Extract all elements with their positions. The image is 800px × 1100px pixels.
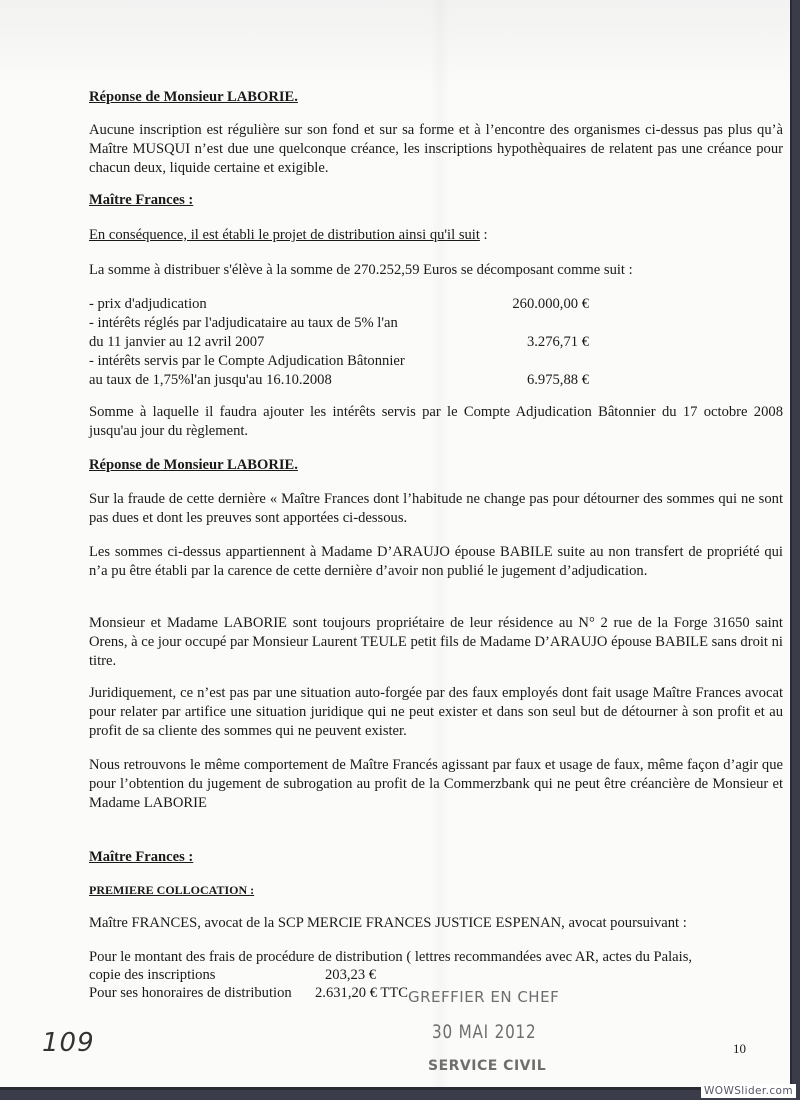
paragraph-fraud: Sur la fraude de cette dernière « Maître… bbox=[89, 490, 783, 528]
page-number: 10 bbox=[733, 1041, 746, 1057]
paragraph-juridically: Juridiquement, ce n’est pas par une situ… bbox=[89, 684, 783, 741]
section-heading-frances-1: Maître Frances : bbox=[89, 191, 193, 210]
distribution-subheading-colon: : bbox=[480, 227, 488, 243]
breakdown-row: - intérêts réglés par l'adjudicataire au… bbox=[89, 314, 589, 333]
breakdown-row: - intérêts servis par le Compte Adjudica… bbox=[89, 352, 589, 371]
section-heading-laborie-1: Réponse de Monsieur LABORIE. bbox=[89, 88, 298, 107]
paragraph-fees-intro: Pour le montant des frais de procédure d… bbox=[89, 948, 692, 967]
fee-row: Pour ses honoraires de distribution2.631… bbox=[89, 984, 292, 1003]
fee-row: copie des inscriptions203,23 € bbox=[89, 966, 215, 985]
breakdown-amount: 3.276,71 € bbox=[527, 333, 589, 352]
breakdown-label: - intérêts réglés par l'adjudicataire au… bbox=[89, 315, 398, 331]
section-heading-frances-2: Maître Frances : bbox=[89, 848, 193, 867]
fee-label: copie des inscriptions bbox=[89, 967, 215, 983]
scanned-page: Réponse de Monsieur LABORIE. Aucune insc… bbox=[0, 0, 792, 1090]
watermark-label: WOWSlider.com bbox=[701, 1084, 796, 1098]
paragraph-additional-interest: Somme à laquelle il faudra ajouter les i… bbox=[89, 403, 783, 441]
breakdown-label: du 11 janvier au 12 avril 2007 bbox=[89, 334, 264, 350]
fee-amount: 203,23 € bbox=[325, 966, 376, 985]
breakdown-row: au taux de 1,75%l'an jusqu'au 16.10.2008… bbox=[89, 371, 589, 390]
breakdown-label: - intérêts servis par le Compte Adjudica… bbox=[89, 353, 405, 369]
stamp-greffier: GREFFIER EN CHEF bbox=[408, 988, 559, 1006]
paragraph-avocat-poursuivant: Maître FRANCES, avocat de la SCP MERCIE … bbox=[89, 914, 687, 933]
breakdown-amount: 6.975,88 € bbox=[527, 371, 589, 390]
paragraph-residence: Monsieur et Madame LABORIE sont toujours… bbox=[89, 614, 783, 671]
breakdown-amount: 260.000,00 € bbox=[512, 295, 589, 314]
premiere-collocation-heading: PREMIERE COLLOCATION : bbox=[89, 881, 254, 900]
distribution-subheading: En conséquence, il est établi le projet … bbox=[89, 226, 488, 245]
breakdown-label: au taux de 1,75%l'an jusqu'au 16.10.2008 bbox=[89, 372, 332, 388]
paragraph-same-behavior: Nous retrouvons le même comportement de … bbox=[89, 756, 783, 813]
stamp-service-civil: SERVICE CIVIL bbox=[428, 1058, 546, 1074]
paragraph-sums-belong: Les sommes ci-dessus appartiennent à Mad… bbox=[89, 543, 783, 581]
fee-label: Pour ses honoraires de distribution bbox=[89, 985, 292, 1001]
bleed-through-text bbox=[110, 60, 114, 76]
distribution-subheading-text: En conséquence, il est établi le projet … bbox=[89, 227, 480, 243]
distribution-total-intro: La somme à distribuer s'élève à la somme… bbox=[89, 261, 633, 280]
paragraph-inscriptions: Aucune inscription est régulière sur son… bbox=[89, 121, 783, 178]
breakdown-row: - prix d'adjudication260.000,00 € bbox=[89, 295, 589, 314]
breakdown-row: du 11 janvier au 12 avril 20073.276,71 € bbox=[89, 333, 589, 352]
section-heading-laborie-2: Réponse de Monsieur LABORIE. bbox=[89, 456, 298, 475]
stamp-date: 30 MAI 2012 bbox=[432, 1021, 536, 1043]
breakdown-label: - prix d'adjudication bbox=[89, 296, 207, 312]
fee-amount: 2.631,20 € TTC bbox=[315, 984, 408, 1003]
handwritten-page-number: 109 bbox=[42, 1028, 95, 1058]
